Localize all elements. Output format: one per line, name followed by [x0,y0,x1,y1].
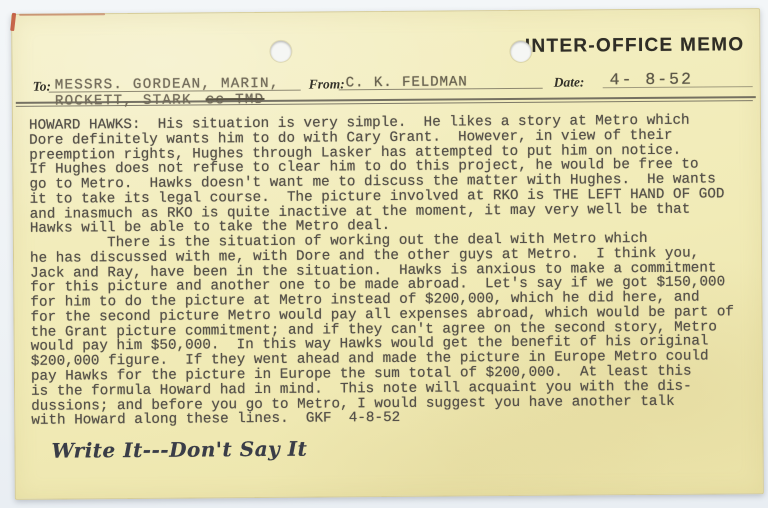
memo-slogan: Write It---Don't Say It [51,437,307,463]
memo-card: INTER-OFFICE MEMO To: MESSRS. GORDEAN, M… [11,8,764,500]
date-label: Date: [554,74,585,90]
to-value-cc-struck: cc TMD [206,92,265,108]
punch-hole-left [270,41,291,62]
memo-body-text: HOWARD HAWKS: His situation is very simp… [29,113,749,429]
red-edge-mark [19,13,105,16]
memo-title: INTER-OFFICE MEMO [525,34,745,58]
body-line: with Howard along these lines. GKF 4-8-5… [31,408,749,428]
red-corner-mark [10,13,16,31]
punch-hole-right [510,41,531,62]
to-value-line2: ROCKETT, STARKcc TMD [55,92,265,110]
to-value-line2-text: ROCKETT, STARK [55,93,192,110]
